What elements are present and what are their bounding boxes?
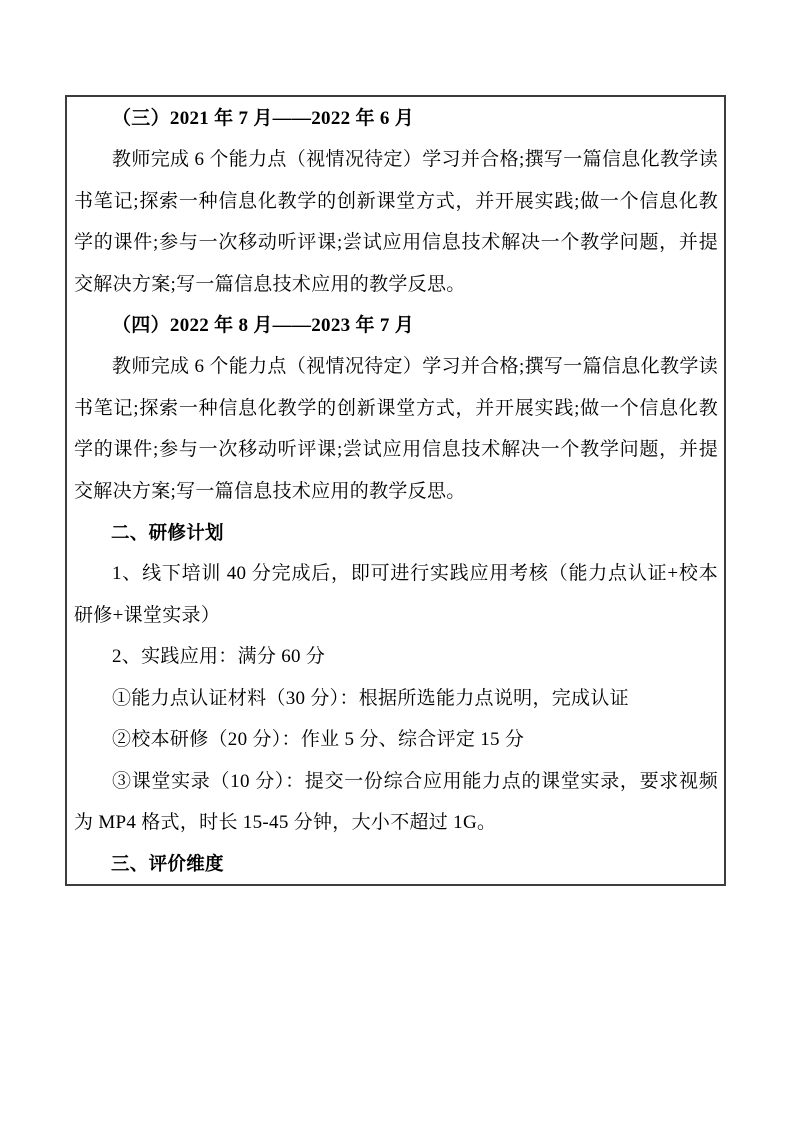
heading-period-3: （三）2021 年 7 月——2022 年 6 月	[74, 98, 718, 139]
paragraph-plan-item-2: 2、实践应用：满分 60 分	[74, 636, 718, 677]
paragraph-period-3-tasks: 教师完成 6 个能力点（视情况待定）学习并合格;撰写一篇信息化教学读书笔记;探索…	[74, 139, 718, 305]
paragraph-plan-item-1: 1、线下培训 40 分完成后，即可进行实践应用考核（能力点认证+校本研修+课堂实…	[74, 553, 718, 636]
paragraph-sub-item-1: ①能力点认证材料（30 分）：根据所选能力点说明，完成认证	[74, 678, 718, 719]
document-table-cell: （三）2021 年 7 月——2022 年 6 月 教师完成 6 个能力点（视情…	[65, 95, 726, 886]
document-page: （三）2021 年 7 月——2022 年 6 月 教师完成 6 个能力点（视情…	[0, 0, 793, 1122]
paragraph-period-4-tasks: 教师完成 6 个能力点（视情况待定）学习并合格;撰写一篇信息化教学读书笔记;探索…	[74, 346, 718, 512]
paragraph-sub-item-3: ③课堂实录（10 分）：提交一份综合应用能力点的课堂实录，要求视频为 MP4 格…	[74, 761, 718, 844]
heading-evaluation-dimension: 三、评价维度	[74, 843, 718, 884]
heading-research-plan: 二、研修计划	[74, 512, 718, 553]
heading-period-4: （四）2022 年 8 月——2023 年 7 月	[74, 305, 718, 346]
paragraph-sub-item-2: ②校本研修（20 分）：作业 5 分、综合评定 15 分	[74, 719, 718, 760]
